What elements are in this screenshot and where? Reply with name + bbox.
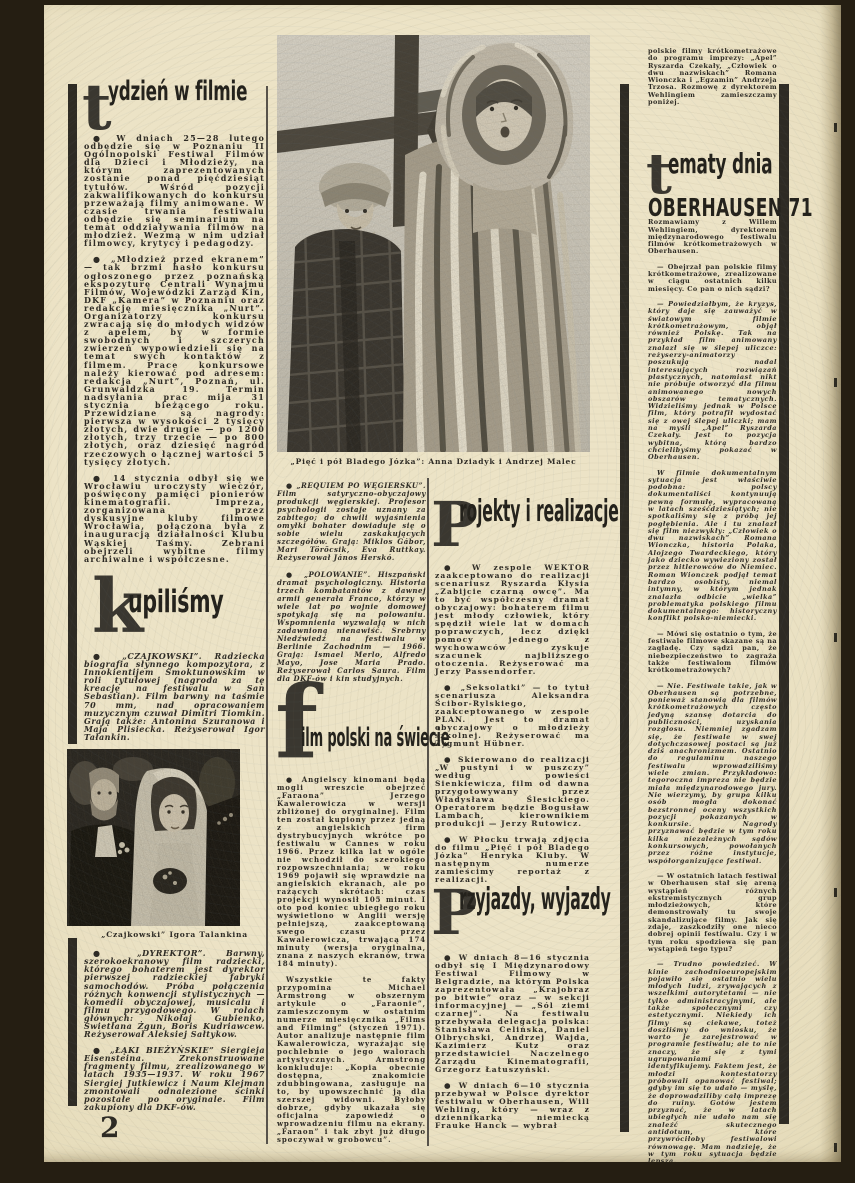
center-reviews: ● „REQUIEM PO WĘGIERSKU”. Film satyryczn… xyxy=(277,482,426,691)
photo-caption: „Czajkowski” Igora Talankina xyxy=(84,931,265,939)
news-item: ● 14 stycznia odbył się we Wrocławiu uro… xyxy=(84,474,265,563)
section-title-travels: rzyjazdy, wyjazdy xyxy=(459,896,611,904)
section-title-week: ydzień w filmie xyxy=(108,88,247,96)
news-item: ● Skierowano do realizacji „W pustyni i … xyxy=(435,756,590,828)
section-travels: P rzyjazdy, wyjazdy ● W dniach 8—16 styc… xyxy=(435,884,590,1138)
section-projects: P rojekty i realizacje ● W zespole WEKTO… xyxy=(435,496,590,892)
left-rule-top xyxy=(68,84,77,744)
news-item: ● „Seksolatki” — to tytuł scenariusza Al… xyxy=(435,684,590,748)
section-bought: k upiliśmy ● „CZAJKOWSKI”. Radziecka bio… xyxy=(84,578,265,1119)
page-edge-shadow xyxy=(820,5,841,1162)
news-item: ● W dniach 8—16 stycznia odbył się I Mię… xyxy=(435,954,590,1074)
left-rule-bottom xyxy=(68,938,77,1106)
news-item: ● W dniach 25—28 lutego odbędzie się w P… xyxy=(84,134,265,247)
page-number: 2 xyxy=(100,1111,119,1144)
interview-answer: W filmie dokumentalnym sytuacja jest wła… xyxy=(648,470,777,623)
news-item: Wszystkie te fakty przypomina Michael Ar… xyxy=(277,976,426,1144)
interview-answer: — Powiedziałbym, że kryzys, który daje s… xyxy=(648,301,777,462)
section-title-projects: rojekty i realizacje xyxy=(459,508,619,516)
section-title-bought: upiliśmy xyxy=(128,598,224,606)
news-item: ● W zespole WEKTOR zaakceptowano do real… xyxy=(435,564,590,676)
mid-rule xyxy=(620,84,629,1132)
photo-caption-main: „Pięć i pół Bladego Józka”: Anna Dziadyk… xyxy=(277,457,590,466)
section-header-bought: k upiliśmy xyxy=(84,578,265,644)
film-note: ● „ŁĄKI BIEŻYŃSKIE” Siergieja Eisenstein… xyxy=(84,1046,265,1111)
magazine-page-scan: t ydzień w filmie ● W dniach 25—28 luteg… xyxy=(0,0,855,1183)
page-edge-marks xyxy=(834,5,837,1162)
column-divider-2 xyxy=(427,478,429,1146)
section-header-abroad: f ilm polski na świecie xyxy=(277,688,426,770)
news-item: polskie filmy krótkometrażowe do program… xyxy=(648,48,777,106)
film-note: ● „REQUIEM PO WĘGIERSKU”. Film satyryczn… xyxy=(277,482,426,562)
interview-lead: Rozmawiamy z Willem Wehlingiem, dyrektor… xyxy=(648,219,777,255)
film-note: ● „DYREKTOR”. Barwny, szerokoekranowy fi… xyxy=(84,949,265,1038)
section-title-abroad: ilm polski na świecie xyxy=(301,734,449,742)
film-note: ● „CZAJKOWSKI”. Radziecka biografia słyn… xyxy=(84,652,265,741)
interview-answer: — Nie. Festiwale takie, jak w Oberhausen… xyxy=(648,683,777,865)
column-divider-1 xyxy=(266,86,268,1144)
news-item: ● Angielscy kinomani będą mogli wreszcie… xyxy=(277,776,426,968)
section-topics-of-day: t ematy dnia OBERHAUSEN 71 Rozmawiamy z … xyxy=(648,150,777,1162)
dropcap-f: f xyxy=(275,672,319,772)
section-header-week: t ydzień w filmie xyxy=(84,82,265,128)
interview-answer: — Trudno powiedzieć. W kinie zachodnioeu… xyxy=(648,961,777,1162)
section-polish-film-abroad: f ilm polski na świecie ● Angielscy kino… xyxy=(277,688,426,1152)
interview-question: — Obejrzał pan polskie filmy krótkometra… xyxy=(648,264,777,293)
section-week-in-film: t ydzień w filmie ● W dniach 25—28 luteg… xyxy=(84,82,265,571)
interview-question: — W ostatnich latach festiwal w Oberhaus… xyxy=(648,873,777,953)
news-item: ● W dniach 6—10 stycznia przebywał w Pol… xyxy=(435,1082,590,1130)
main-film-still xyxy=(277,35,590,452)
interview-question: — Mówi się ostatnio o tym, że festiwale … xyxy=(648,631,777,675)
news-item: ● „Młodzież przed ekranem” — tak brzmi h… xyxy=(84,255,265,465)
paper: t ydzień w filmie ● W dniach 25—28 luteg… xyxy=(44,5,841,1162)
section-header-projects: P rojekty i realizacje xyxy=(435,496,590,558)
article-headline: OBERHAUSEN 71 xyxy=(648,204,813,211)
section-title-topics: ematy dnia xyxy=(668,160,772,167)
right-rule xyxy=(779,84,789,1124)
section-header-travels: P rzyjazdy, wyjazdy xyxy=(435,884,590,946)
right-intro: polskie filmy krótkometrażowe do program… xyxy=(648,48,777,114)
czajkowski-film-still xyxy=(67,749,240,926)
